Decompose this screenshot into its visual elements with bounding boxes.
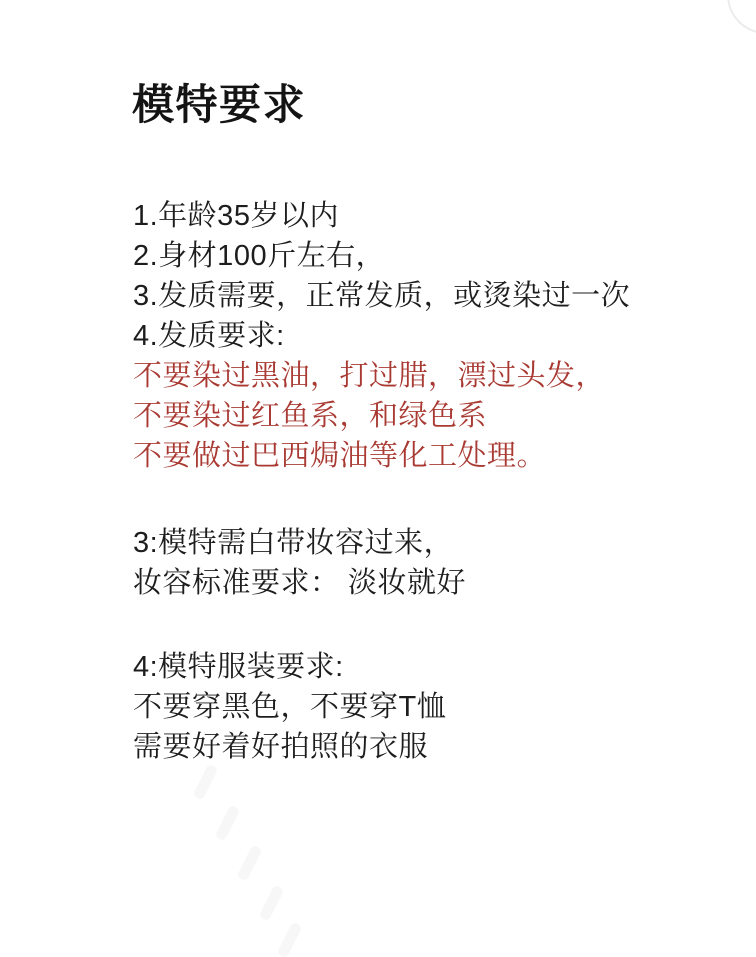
document-page: 模特要求 1.年龄35岁以内 2.身材100斤左右， 3.发质需要，正常发质，或… bbox=[0, 0, 756, 957]
watermark-dash bbox=[236, 844, 262, 881]
watermark-dash bbox=[192, 763, 218, 800]
watermark-dash bbox=[276, 921, 302, 957]
requirement-warning-line: 不要做过巴西焗油等化工处理。 bbox=[133, 436, 716, 476]
watermark-dash bbox=[258, 884, 284, 921]
section-basic-requirements: 1.年龄35岁以内 2.身材100斤左右， 3.发质需要，正常发质，或烫染过一次… bbox=[133, 196, 716, 476]
requirement-line: 妆容标准要求： 淡妆就好 bbox=[133, 563, 716, 603]
requirement-line: 4.发质要求: bbox=[133, 316, 716, 356]
requirement-line: 1.年龄35岁以内 bbox=[133, 196, 716, 236]
requirement-line: 需要好着好拍照的衣服 bbox=[133, 727, 716, 767]
requirement-warning-line: 不要染过黑油，打过腊，漂过头发， bbox=[133, 356, 716, 396]
page-title: 模特要求 bbox=[132, 82, 306, 128]
requirement-line: 3.发质需要，正常发质，或烫染过一次 bbox=[133, 276, 716, 316]
requirement-line: 3:模特需白带妆容过来， bbox=[133, 523, 716, 563]
section-clothing-requirements: 4:模特服装要求: 不要穿黑色，不要穿T恤 需要好着好拍照的衣服 bbox=[133, 647, 716, 767]
corner-arc-decoration bbox=[727, 0, 756, 34]
requirement-line: 不要穿黑色，不要穿T恤 bbox=[133, 687, 716, 727]
requirement-warning-line: 不要染过红鱼系，和绿色系 bbox=[133, 396, 716, 436]
requirement-line: 2.身材100斤左右， bbox=[133, 236, 716, 276]
section-makeup-requirements: 3:模特需白带妆容过来， 妆容标准要求： 淡妆就好 bbox=[133, 523, 716, 603]
requirement-line: 4:模特服装要求: bbox=[133, 647, 716, 687]
watermark-dash bbox=[214, 804, 240, 841]
